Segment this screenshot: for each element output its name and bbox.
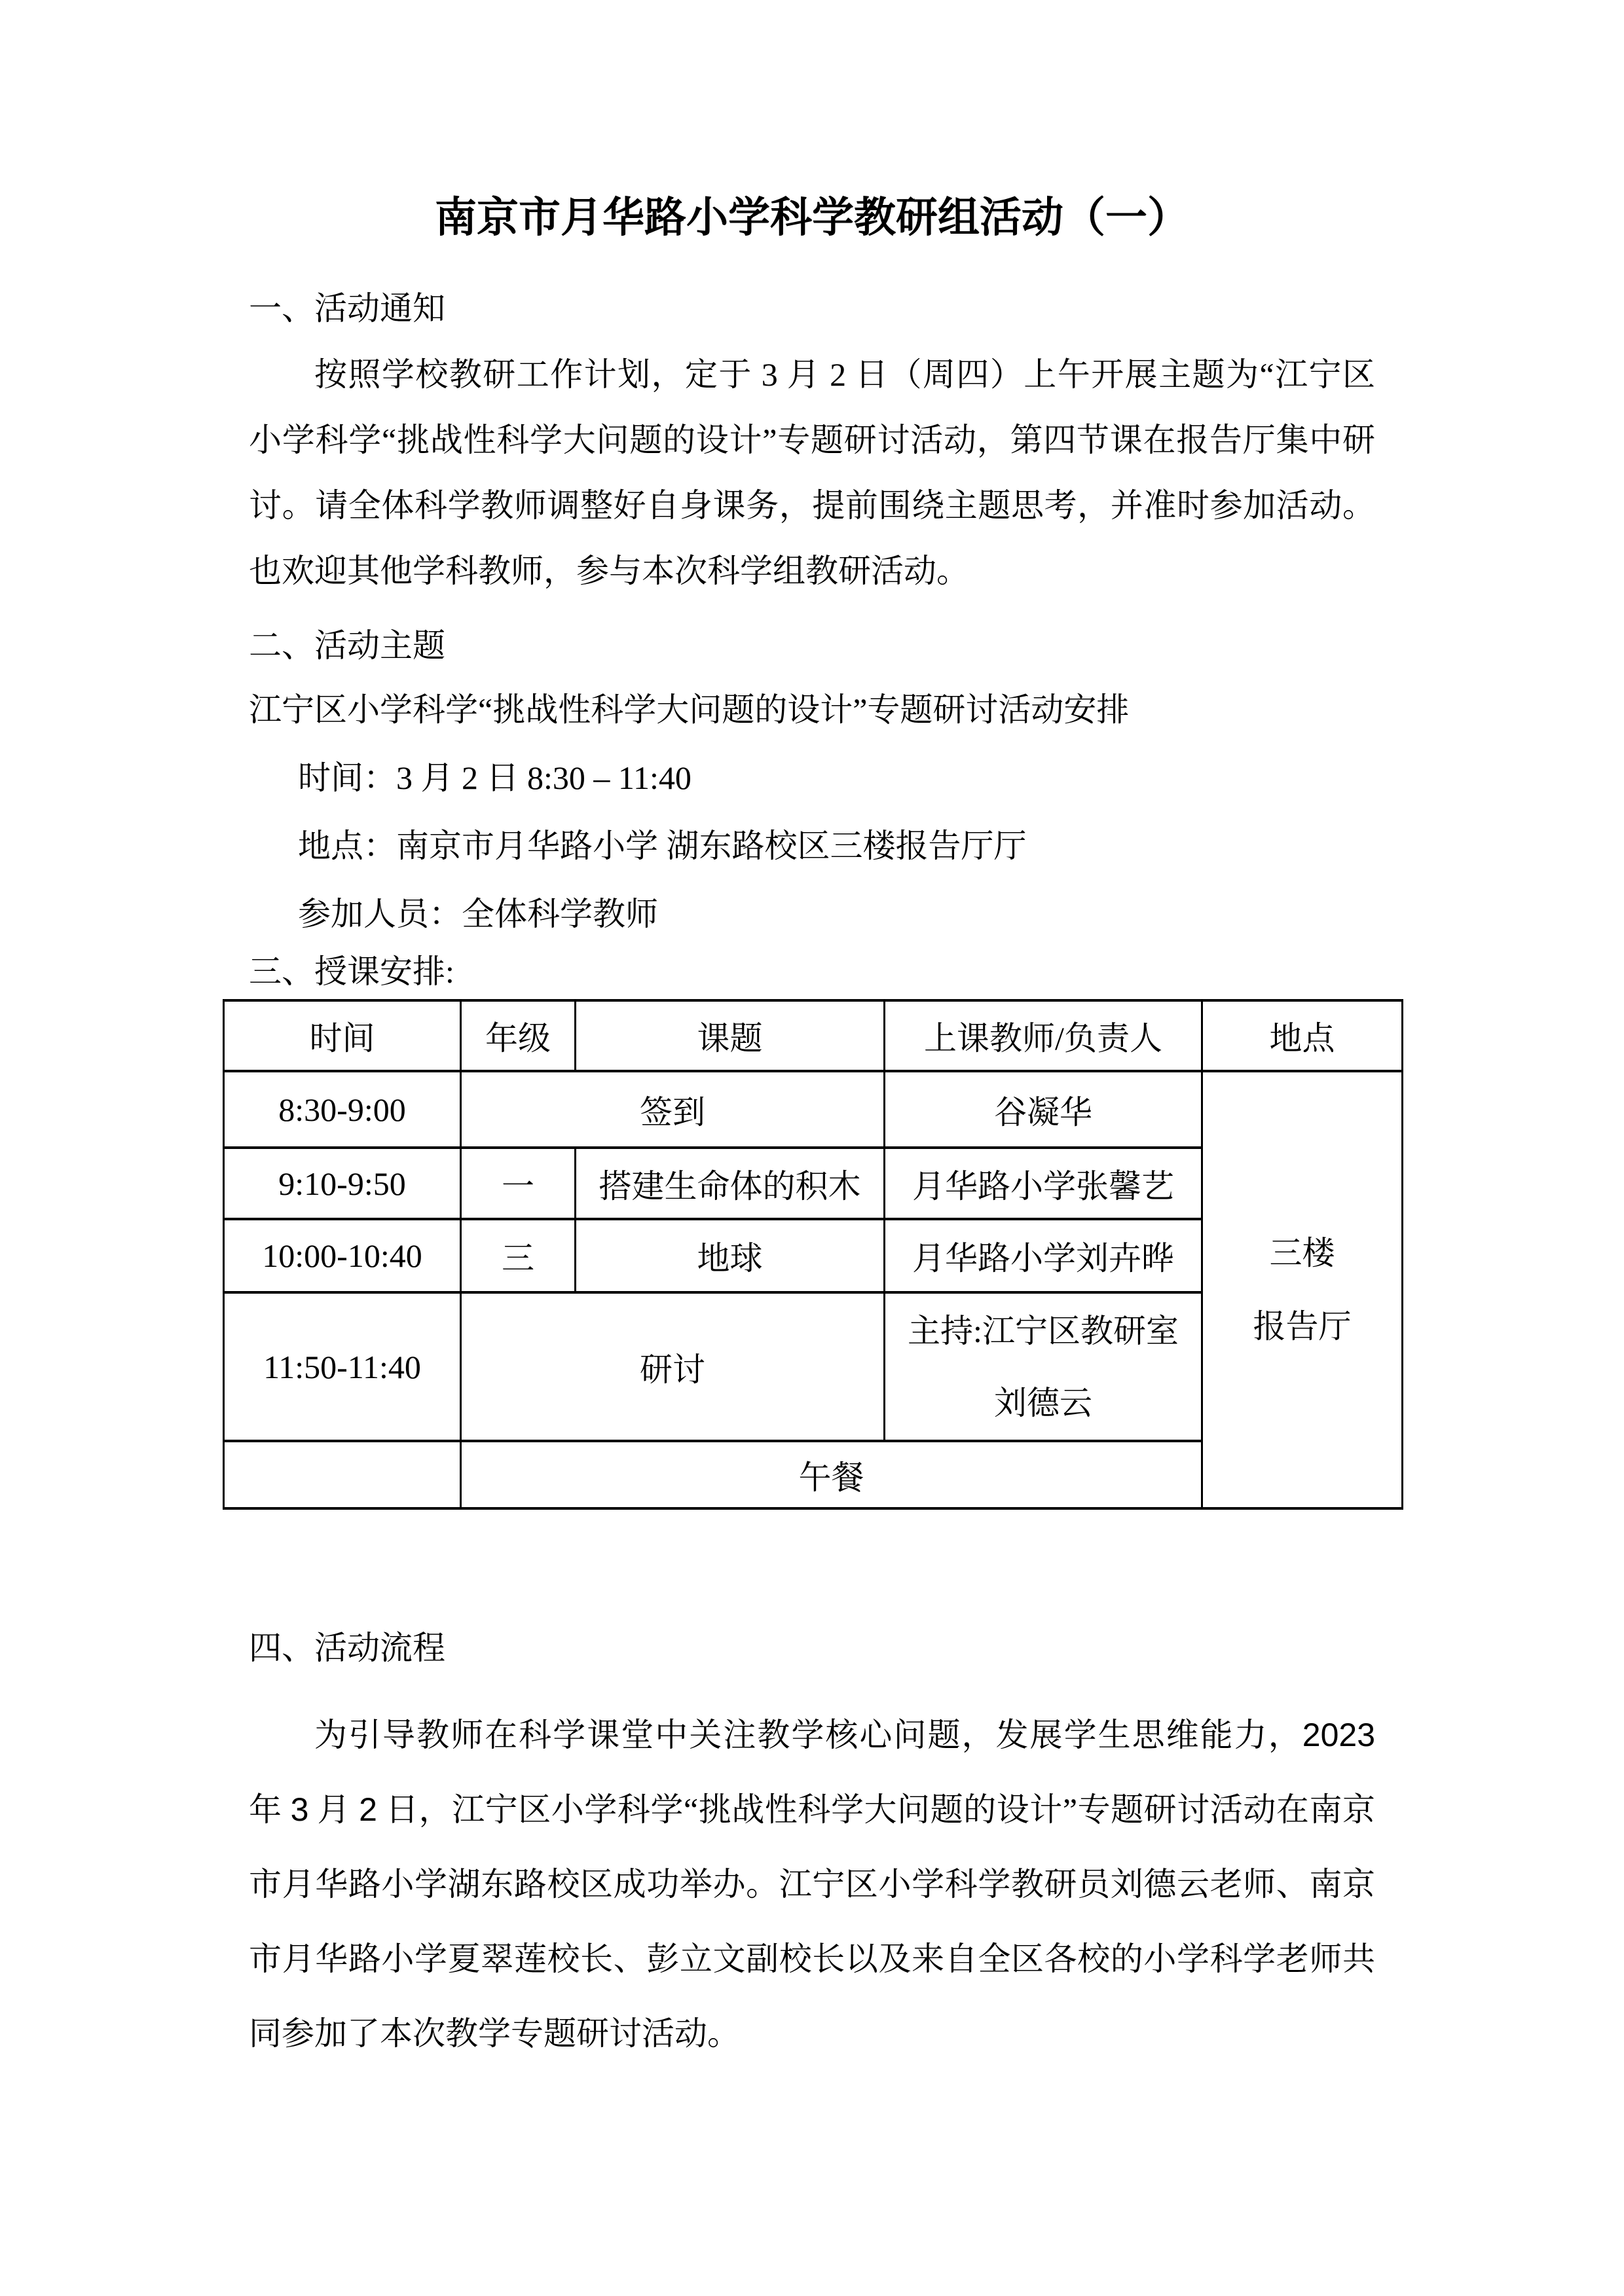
cell-activity-lunch: 午餐: [461, 1441, 1202, 1508]
cell-topic-lesson-1: 搭建生命体的积木: [576, 1148, 885, 1219]
location-line-2: 报告厅: [1203, 1290, 1401, 1363]
cell-time-lesson-1: 9:10-9:50: [224, 1148, 461, 1219]
section-1-heading: 一、活动通知: [249, 285, 1375, 332]
cell-time-discussion: 11:50-11:40: [224, 1292, 461, 1441]
header-topic: 课题: [576, 1000, 885, 1071]
host-line-1: 主持:江宁区教研室: [885, 1295, 1201, 1367]
cell-activity-discussion: 研讨: [461, 1292, 885, 1441]
cell-host-discussion: 主持:江宁区教研室 刘德云: [885, 1292, 1202, 1441]
header-time: 时间: [224, 1000, 461, 1071]
location-line-1: 三楼: [1203, 1216, 1401, 1290]
cell-grade-lesson-1: 一: [461, 1148, 576, 1219]
section-4-heading: 四、活动流程: [249, 1624, 1375, 1671]
document-title: 南京市月华路小学科学教研组活动（一）: [249, 187, 1375, 249]
section-2-heading: 二、活动主题: [249, 622, 1375, 669]
section-3-heading: 三、授课安排:: [249, 951, 1375, 993]
table-header-row: 时间 年级 课题 上课教师/负责人 地点: [224, 1000, 1403, 1071]
cell-topic-lesson-2: 地球: [576, 1219, 885, 1292]
section-4-paragraph: 为引导教师在科学课堂中关注教学核心问题，发展学生思维能力，2023 年 3 月 …: [249, 1698, 1375, 2071]
cell-time-lesson-2: 10:00-10:40: [224, 1219, 461, 1292]
cell-time-lunch: [224, 1441, 461, 1508]
table-row-signin: 8:30-9:00 签到 谷凝华 三楼 报告厅: [224, 1071, 1403, 1148]
cell-teacher-signin: 谷凝华: [885, 1071, 1202, 1148]
time-line: 时间：3 月 2 日 8:30 – 11:40: [249, 753, 1375, 803]
header-location: 地点: [1202, 1000, 1403, 1071]
schedule-table: 时间 年级 课题 上课教师/负责人 地点 8:30-9:00 签到 谷凝华 三楼…: [223, 999, 1403, 1510]
participants-line: 参加人员：全体科学教师: [249, 889, 1375, 939]
document-page: 南京市月华路小学科学教研组活动（一） 一、活动通知 按照学校教研工作计划，定于 …: [0, 0, 1624, 2296]
cell-time-signin: 8:30-9:00: [224, 1071, 461, 1148]
section-1-paragraph: 按照学校教研工作计划，定于 3 月 2 日（周四）上午开展主题为“江宁区小学科学…: [249, 342, 1375, 604]
header-teacher: 上课教师/负责人: [885, 1000, 1202, 1071]
cell-teacher-lesson-1: 月华路小学张馨艺: [885, 1148, 1202, 1219]
cell-activity-signin: 签到: [461, 1071, 885, 1148]
cell-teacher-lesson-2: 月华路小学刘卉晔: [885, 1219, 1202, 1292]
header-grade: 年级: [461, 1000, 576, 1071]
host-line-2: 刘德云: [885, 1367, 1201, 1439]
cell-location: 三楼 报告厅: [1202, 1071, 1403, 1508]
activity-subject: 江宁区小学科学“挑战性科学大问题的设计”专题研讨活动安排: [249, 685, 1375, 735]
place-line: 地点：南京市月华路小学 湖东路校区三楼报告厅厅: [249, 821, 1375, 871]
cell-grade-lesson-2: 三: [461, 1219, 576, 1292]
